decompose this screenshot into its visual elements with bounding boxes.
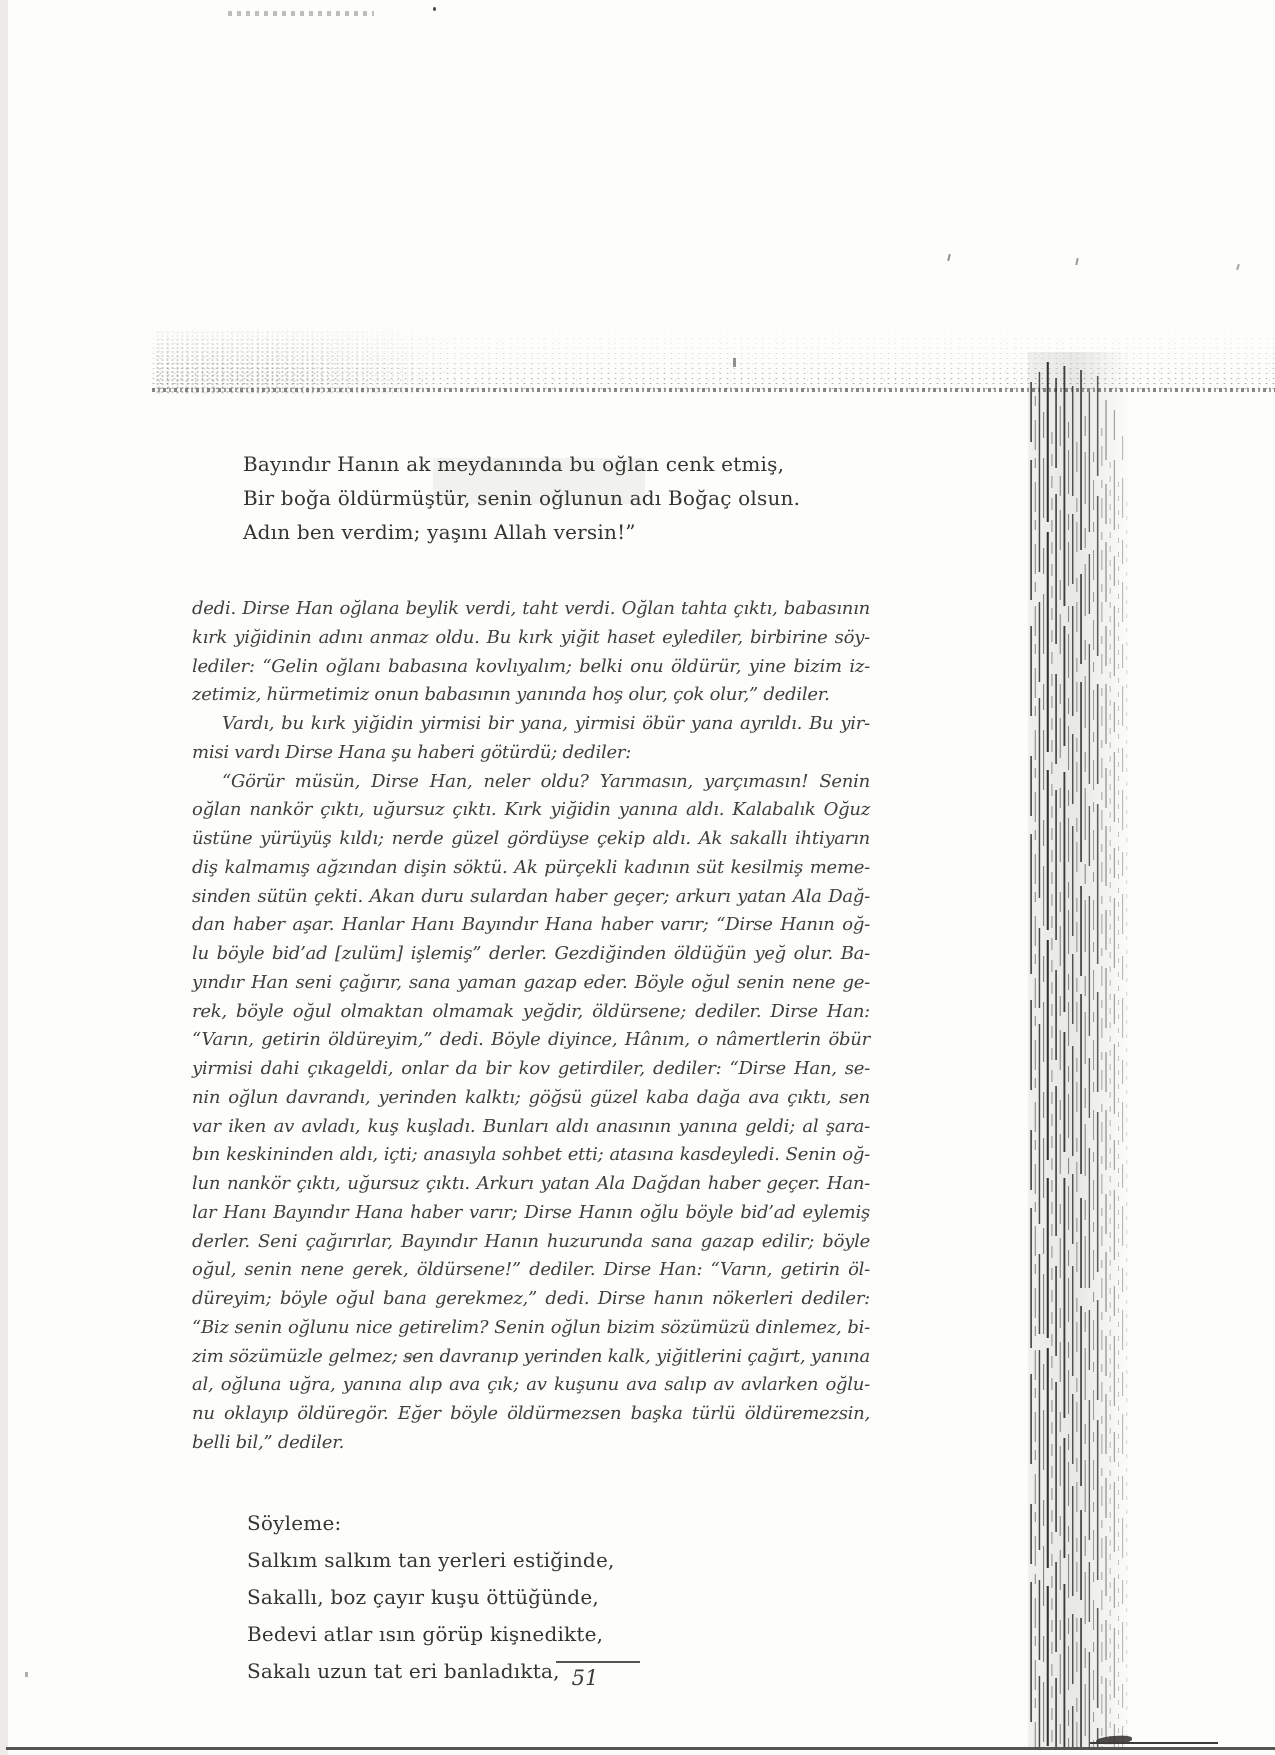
scan-speck: [25, 1672, 28, 1677]
prose-line: lar Hanı Bayındır Hana haber varır; Dirs…: [192, 1199, 870, 1228]
scan-speck: [1236, 264, 1240, 270]
prose-line: nin oğlun davrandı, yerinden kalktı; göğ…: [192, 1084, 870, 1113]
scan-noise-band-dense: [155, 330, 455, 394]
prose-body: dedi. Dirse Han oğlana beylik verdi, tah…: [192, 595, 870, 1458]
prose-line: zim sözümüzle gelmez; sen davranıp yerin…: [192, 1343, 870, 1372]
prose-line: diş kalmamış ağzından dişin söktü. Ak pü…: [192, 854, 870, 883]
footer-rule: [556, 1661, 640, 1663]
prose-line: lediler: “Gelin oğlanı babasına kovlıyal…: [192, 653, 870, 682]
binding-streaks: [1028, 352, 1132, 1750]
opening-verse-line: Bir boğa öldürmüştür, senin oğlunun adı …: [243, 481, 883, 515]
soyleme-verse-line: Sakallı, boz çayır kuşu öttüğünde,: [247, 1579, 887, 1616]
prose-line: var iken av avladı, kuş kuşladı. Bunları…: [192, 1113, 870, 1142]
prose-line: Vardı, bu kırk yiğidin yirmisi bir yana,…: [192, 710, 870, 739]
prose-line: belli bil,” dediler.: [192, 1429, 870, 1458]
prose-line: derler. Seni çağırırlar, Bayındır Hanın …: [192, 1228, 870, 1257]
prose-line: düreyim; böyle oğul bana gerekmez,” dedi…: [192, 1285, 870, 1314]
prose-line: lu böyle bid’ad [zulüm] işlemiş” derler.…: [192, 940, 870, 969]
opening-verse-line: Adın ben verdim; yaşını Allah versin!”: [243, 515, 883, 549]
prose-line: “Biz senin oğlunu nice getirelim? Senin …: [192, 1314, 870, 1343]
opening-verse: Bayındır Hanın ak meydanında bu oğlan ce…: [243, 447, 883, 549]
prose-line: bın keskininden aldı, içti; anasıyla soh…: [192, 1141, 870, 1170]
prose-line: üstüne yürüyüş kıldı; nerde güzel gördüy…: [192, 825, 870, 854]
prose-line: zetimiz, hürmetimiz onun babasının yanın…: [192, 681, 870, 710]
opening-verse-line: Bayındır Hanın ak meydanında bu oğlan ce…: [243, 447, 883, 481]
scan-smudge: [228, 11, 374, 16]
prose-line: “Görür müsün, Dirse Han, neler oldu? Yar…: [192, 768, 870, 797]
prose-line: nu oklayıp öldüregör. Eğer böyle öldürme…: [192, 1400, 870, 1429]
scan-left-edge: [0, 0, 8, 1755]
binding-streaks-svg: [1028, 352, 1132, 1750]
scan-bottom-edge: [6, 1747, 1275, 1750]
prose-line: oğul, senin nene gerek, öldürsene!” dedi…: [192, 1256, 870, 1285]
prose-line: kırk yiğidinin adını anmaz oldu. Bu kırk…: [192, 624, 870, 653]
scan-speck: [433, 7, 436, 11]
prose-line: al, oğluna uğra, yanına alıp ava çık; av…: [192, 1371, 870, 1400]
prose-line: lun nankör çıktı, uğursuz çıktı. Arkurı …: [192, 1170, 870, 1199]
soyleme-verse-line: Bedevi atlar ısın görüp kişnedikte,: [247, 1616, 887, 1653]
scanned-book-page: { "colors": { "paper": "#fdfdfb", "ink_r…: [0, 0, 1275, 1755]
scan-speck: [947, 254, 951, 261]
prose-line: oğlan nankör çıktı, uğursuz çıktı. Kırk …: [192, 796, 870, 825]
prose-line: “Varın, getirin öldüreyim,” dedi. Böyle …: [192, 1026, 870, 1055]
prose-line: dan haber aşar. Hanlar Hanı Bayındır Han…: [192, 911, 870, 940]
prose-line: yirmisi dahi çıkageldi, onlar da bir kov…: [192, 1055, 870, 1084]
scan-speck: [733, 358, 736, 367]
prose-line: dedi. Dirse Han oğlana beylik verdi, tah…: [192, 595, 870, 624]
soyleme-heading: Söyleme:: [247, 1505, 887, 1542]
prose-line: yındır Han seni çağırır, sana yaman gaza…: [192, 969, 870, 998]
scan-speck: [1075, 258, 1078, 265]
soyleme-verse-line: Salkım salkım tan yerleri estiğinde,: [247, 1542, 887, 1579]
prose-line: misi vardı Dirse Hana şu haberi götürdü;…: [192, 739, 870, 768]
prose-line: sinden sütün çekti. Akan duru sulardan h…: [192, 883, 870, 912]
prose-line: rek, böyle oğul olmaktan olmamak yeğdir,…: [192, 998, 870, 1027]
page-number: 51: [552, 1666, 618, 1690]
scan-bottom-right-line: [1090, 1742, 1218, 1744]
